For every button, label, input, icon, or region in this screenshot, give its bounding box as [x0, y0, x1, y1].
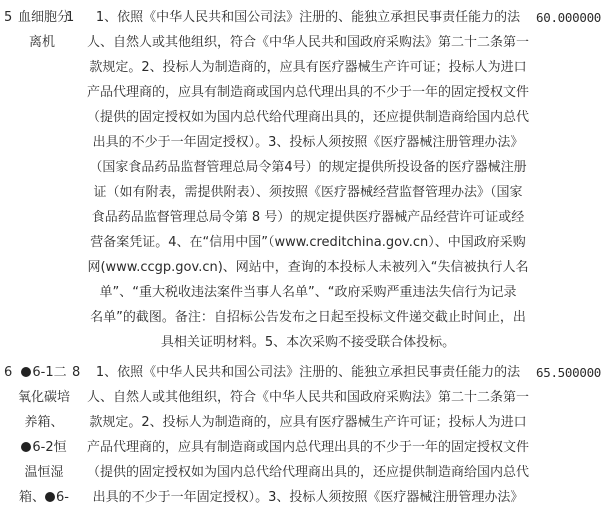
- requirement-line: 具相关证明材料。5、本次采购不接受联合体投标。: [86, 330, 530, 355]
- requirement-line: 产品代理商的，应具有制造商或国内总代理出具的不少于一年的固定授权文件: [86, 80, 530, 105]
- item-name-line: 箱、6-: [16, 485, 72, 510]
- requirement-line: 款规定。2、投标人为制造商的，应具有医疗器械生产许可证；投标人为进口: [86, 410, 530, 435]
- item-name-text: 6-2恒: [32, 440, 66, 455]
- requirement-line: 证（如有附表，需提供附表）、须按照《医疗器械经营监督管理办法》（国家: [86, 180, 530, 205]
- requirement-line: 名单”的截图。备注：自招标公告发布之日起至投标文件递交截止时间止，出: [86, 305, 530, 330]
- item-name-line: 氧化碳培: [16, 385, 72, 410]
- requirement-line: 营备案凭证。4、在“信用中国”（www.creditchina.gov.cn）、…: [86, 230, 530, 255]
- requirement-line: 网(www.ccgp.gov.cn)、网站中，查询的本投标人未被列入“失信被执行…: [86, 255, 530, 280]
- item-name-line: 离机: [18, 30, 66, 55]
- item-name-line: 养箱、: [16, 410, 72, 435]
- item-name-line: 6-2恒: [16, 435, 72, 460]
- item-name-line: 6-1二: [16, 360, 72, 385]
- item-name: 6-1二 氧化碳培 养箱、 6-2恒 温恒湿 箱、6-: [16, 360, 72, 510]
- bullet-dot-icon: [45, 492, 55, 502]
- requirement-line: （提供的固定授权如为国内总代给代理商出具的，还应提供制造商给国内总代: [86, 105, 530, 130]
- bullet-dot-icon: [21, 442, 31, 452]
- requirement-line: 款规定。2、投标人为制造商的，应具有医疗器械生产许可证；投标人为进口: [86, 55, 530, 80]
- requirement-line: 产品代理商的，应具有制造商或国内总代理出具的不少于一年的固定授权文件: [86, 435, 530, 460]
- requirement-line: 食品药品监督管理总局令第 8 号）的规定提供医疗器械产品经营许可证或经: [86, 205, 530, 230]
- item-name-line: 温恒湿: [16, 460, 72, 485]
- requirement-line: 人、自然人或其他组织，符合《中华人民共和国政府采购法》第二十二条第一: [86, 385, 530, 410]
- item-quantity: 1: [66, 5, 80, 30]
- item-name-text: 箱、6-: [19, 490, 69, 505]
- row-number: 5: [4, 5, 16, 30]
- item-requirements: 1、依照《中华人民共和国公司法》注册的、能独立承担民事责任能力的法 人、自然人或…: [86, 360, 530, 510]
- requirement-line: （国家食品药品监督管理总局令第4号）的规定提供所投设备的医疗器械注册: [86, 155, 530, 180]
- bullet-dot-icon: [21, 367, 31, 377]
- requirement-line: 出具的不少于一年固定授权）。3、投标人须按照《医疗器械注册管理办法》: [86, 485, 530, 510]
- requirement-line: 1、依照《中华人民共和国公司法》注册的、能独立承担民事责任能力的法: [86, 5, 530, 30]
- table-row: 6 6-1二 氧化碳培 养箱、 6-2恒 温恒湿 箱、6- 8 1、依照《中华人…: [0, 360, 606, 511]
- requirement-line: 人、自然人或其他组织，符合《中华人民共和国政府采购法》第二十二条第一: [86, 30, 530, 55]
- table-row: 5 血细胞分 离机 1 1、依照《中华人民共和国公司法》注册的、能独立承担民事责…: [0, 5, 606, 355]
- item-quantity: 8: [72, 360, 86, 385]
- item-requirements: 1、依照《中华人民共和国公司法》注册的、能独立承担民事责任能力的法 人、自然人或…: [86, 5, 530, 355]
- row-number: 6: [4, 360, 16, 385]
- requirement-line: 1、依照《中华人民共和国公司法》注册的、能独立承担民事责任能力的法: [86, 360, 530, 385]
- item-name: 血细胞分 离机: [18, 5, 66, 55]
- requirement-line: （提供的固定授权如为国内总代给代理商出具的，还应提供制造商给国内总代: [86, 460, 530, 485]
- requirement-line: 出具的不少于一年固定授权）。3、投标人须按照《医疗器械注册管理办法》: [86, 130, 530, 155]
- item-name-line: 血细胞分: [18, 5, 66, 30]
- item-amount: 60.000000: [536, 5, 602, 30]
- requirement-line: 单”、“重大税收违法案件当事人名单”、“政府采购严重违法失信行为记录: [86, 280, 530, 305]
- item-name-text: 6-1二: [32, 365, 66, 380]
- item-amount: 65.500000: [536, 360, 602, 385]
